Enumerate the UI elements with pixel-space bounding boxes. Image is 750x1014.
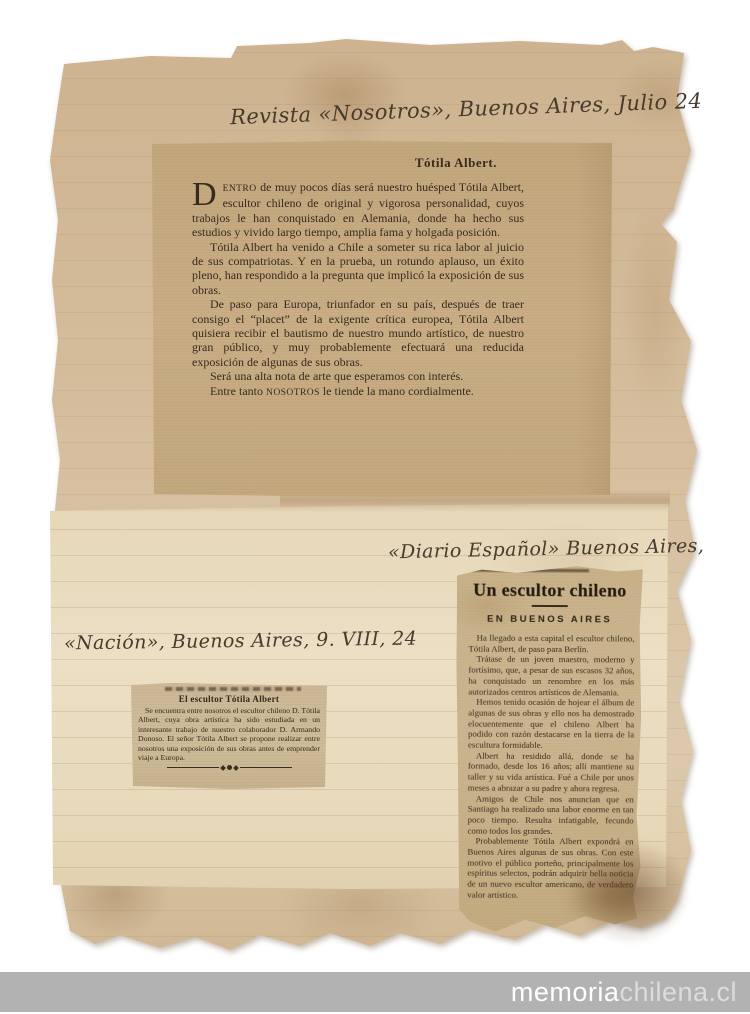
closing-smallcaps: Nosotros	[266, 387, 320, 398]
clipping-subheadline: EN BUENOS AIRES	[457, 614, 643, 626]
clipping-paragraph: De paso para Europa, triunfador en su pa…	[192, 297, 524, 369]
ornament-dot	[227, 765, 232, 770]
drop-cap: D	[192, 180, 223, 208]
clipping-body: Se encuentra entre nosotros el escultor …	[131, 706, 327, 762]
clipping-paragraph: Albert ha residido allá, donde se ha for…	[468, 750, 634, 794]
ornament-divider	[131, 765, 327, 770]
clipping-headline: Un escultor chileno	[461, 580, 639, 602]
watermark-text-chilena: chilena.cl	[619, 977, 737, 1008]
ornament-rule	[240, 767, 292, 768]
clipping-revista-nosotros: Tótila Albert. Dentro de muy pocos días …	[152, 141, 612, 498]
clipping-diario-espanol: Un escultor chileno EN BUENOS AIRES Ha l…	[455, 566, 643, 937]
clipping-paragraph: Probablemente Tótila Albert expondrá en …	[467, 836, 633, 901]
headline-rule	[532, 605, 568, 607]
clipping-paragraph: Ha llegado a esta capital el escultor ch…	[469, 633, 635, 655]
scanned-scrapbook-page: Revista «Nosotros», Buenos Aires, Julio …	[0, 0, 750, 1014]
clipping-paragraph: Hemos tenido ocasión de hojear el álbum …	[468, 697, 634, 751]
watermark-bar: memoriachilena.cl	[0, 972, 750, 1012]
clipping-lead-paragraph: Dentro de muy pocos días será nuestro hu…	[192, 180, 524, 240]
lead-smallcaps: entro	[223, 183, 257, 194]
clipping-title: El escultor Tótila Albert	[131, 694, 327, 704]
closing-text: Entre tanto	[210, 384, 266, 398]
clipping-nacion: El escultor Tótila Albert Se encuentra e…	[131, 683, 327, 789]
watermark-text-memoria: memoria	[511, 977, 620, 1008]
ornament-diamond	[220, 765, 226, 771]
cutoff-print-fragment	[165, 687, 301, 691]
clipping-closing-paragraph: Entre tanto Nosotros le tiende la mano c…	[192, 384, 524, 400]
closing-text-end: le tiende la mano cordialmente.	[320, 384, 474, 398]
clipping-paragraph: Trátase de un joven maestro, moderno y f…	[468, 654, 634, 698]
clipping-title: Tótila Albert.	[192, 155, 497, 171]
clipping-paragraph: Tótila Albert ha venido a Chile a somete…	[192, 240, 524, 298]
clipping-body: Ha llegado a esta capital el escultor ch…	[455, 633, 642, 902]
clipping-paragraph: Amigos de Chile nos anuncian que en Sant…	[468, 793, 634, 837]
ornament-rule	[167, 767, 219, 768]
clipping-paragraph: Será una alta nota de arte que esperamos…	[192, 369, 524, 383]
clipping-body: Dentro de muy pocos días será nuestro hu…	[192, 180, 524, 400]
ornament-diamond	[233, 765, 239, 771]
